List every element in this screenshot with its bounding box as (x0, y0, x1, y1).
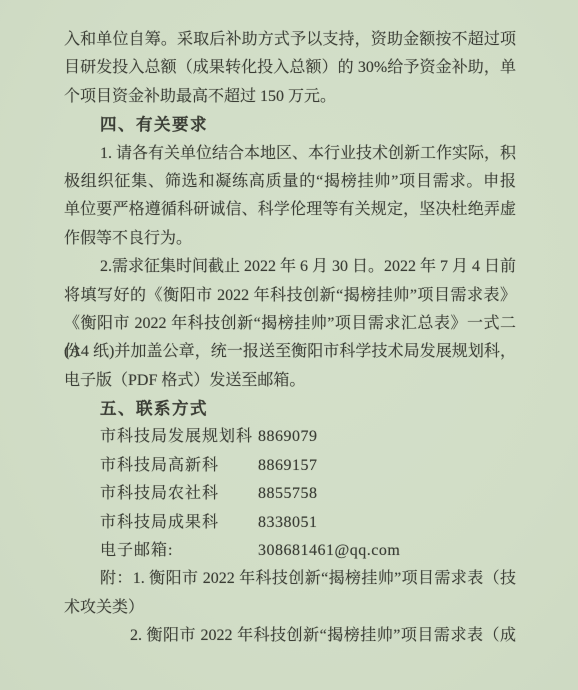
contact-row: 市科技局高新科 8869157 (64, 452, 516, 480)
scanned-notice-page: 入和单位自筹。采取后补助方式予以支持，资助金额按不超过项 目研发投入总额（成果转… (0, 0, 578, 690)
contact-number: 8869157 (258, 452, 318, 480)
section4-heading: 四、有关要求 (64, 111, 516, 139)
contact-label: 市科技局农社科 (100, 480, 258, 508)
contact-row: 市科技局农社科 8855758 (64, 480, 516, 508)
attachment-line: 附：1. 衡阳市 2022 年科技创新“揭榜挂帅”项目需求表（技 (64, 565, 516, 593)
contact-row: 市科技局发展规划科 8869079 (64, 423, 516, 451)
contact-label: 市科技局发展规划科 (100, 423, 258, 451)
contact-label: 市科技局成果科 (100, 509, 258, 537)
contact-label: 市科技局高新科 (100, 452, 258, 480)
body-line: 入和单位自筹。采取后补助方式予以支持，资助金额按不超过项 (64, 26, 516, 54)
contact-number: 8855758 (258, 480, 318, 508)
contact-row: 市科技局成果科 8338051 (64, 509, 516, 537)
body-line: 将填写好的《衡阳市 2022 年科技创新“揭榜挂帅”项目需求表》 (64, 282, 516, 310)
body-line: 《衡阳市 2022 年科技创新“揭榜挂帅”项目需求汇总表》一式二份 (64, 310, 516, 338)
section5-heading: 五、联系方式 (64, 395, 516, 423)
attachment-line: 2. 衡阳市 2022 年科技创新“揭榜挂帅”项目需求表（成 (64, 622, 516, 650)
body-line: 单位要严格遵循科研诚信、科学伦理等有关规定，坚决杜绝弄虚 (64, 196, 516, 224)
contact-number: 8338051 (258, 509, 318, 537)
body-line: 电子版（PDF 格式）发送至邮箱。 (64, 367, 516, 395)
body-line: 2.需求征集时间截止 2022 年 6 月 30 日。2022 年 7 月 4 … (64, 253, 516, 281)
contact-row: 电子邮箱: 308681461@qq.com (64, 537, 516, 565)
body-line: 极组织征集、筛选和凝练高质量的“揭榜挂帅”项目需求。申报 (64, 168, 516, 196)
body-line: 1. 请各有关单位结合本地区、本行业技术创新工作实际，积 (64, 140, 516, 168)
contact-email: 308681461@qq.com (258, 537, 400, 565)
body-line: (A4 纸)并加盖公章，统一报送至衡阳市科学技术局发展规划科， (64, 338, 516, 366)
body-line: 作假等不良行为。 (64, 225, 516, 253)
body-line: 个项目资金补助最高不超过 150 万元。 (64, 83, 516, 111)
contact-label: 电子邮箱: (100, 537, 258, 565)
body-line: 目研发投入总额（成果转化投入总额）的 30%给予资金补助，单 (64, 54, 516, 82)
contact-number: 8869079 (258, 423, 318, 451)
attachment-line: 术攻关类） (64, 594, 516, 622)
